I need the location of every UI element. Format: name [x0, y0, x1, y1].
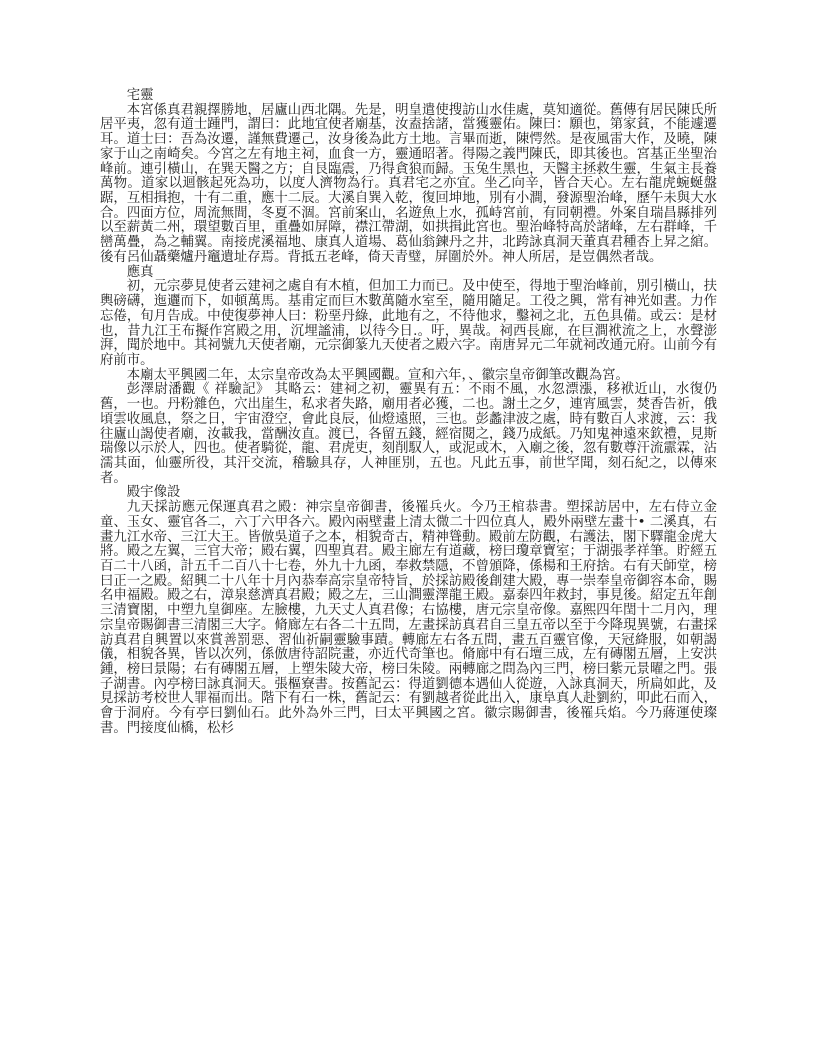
document-page: 宅靈 本宮係真君親擇勝地，居廬山西北隅。先是，明皇遣使搜訪山水佳處，莫知適從。舊…	[0, 0, 816, 1056]
paragraph: 彭澤尉潘觀《 祥驗記》 其略云：建祠之初，靈異有五：不雨不風，水忽漂漲，移袱近山…	[100, 383, 717, 486]
section-heading-dian-yu-xiang-she: 殿宇像設	[100, 486, 717, 501]
text-block: 宅靈 本宮係真君親擇勝地，居廬山西北隅。先是，明皇遣使搜訪山水佳處，莫知適從。舊…	[100, 89, 717, 737]
section-heading-zhai-ling: 宅靈	[100, 89, 717, 104]
paragraph: 本宮係真君親擇勝地，居廬山西北隅。先是，明皇遣使搜訪山水佳處，莫知適從。舊傳有居…	[100, 104, 717, 266]
paragraph: 初，元宗夢見使者云建祠之處自有木植，但加工力而已。及中使至，得地于聖治峰前，別引…	[100, 280, 717, 368]
paragraph: 九天採訪應元保運真君之殿：神宗皇帝御書，後罹兵火。今乃王棺恭書。塑採訪居中，左右…	[100, 501, 717, 737]
